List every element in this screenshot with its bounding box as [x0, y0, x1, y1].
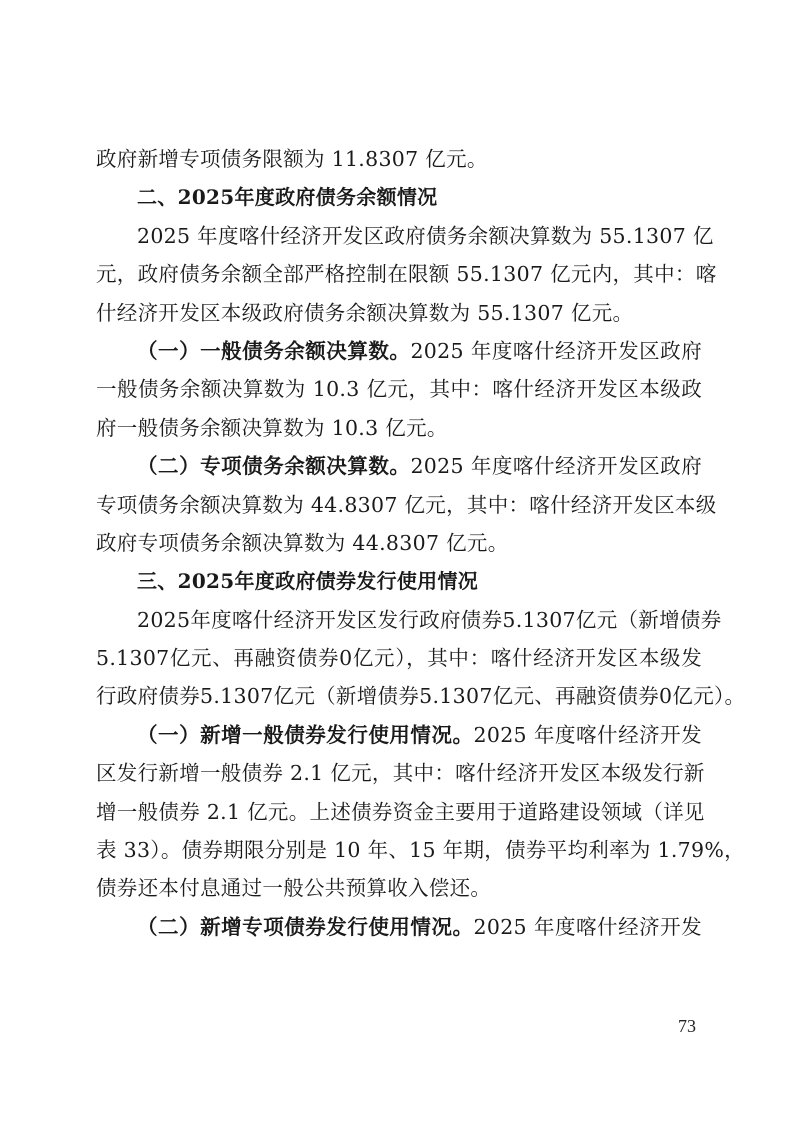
- paragraph-line: 元，政府债务余额全部严格控制在限额 55.1307 亿元内，其中：喀: [96, 255, 702, 293]
- paragraph-line: （一）一般债务余额决算数。2025 年度喀什经济开发区政府: [96, 332, 702, 370]
- subsection-heading-new-general-bonds: （一）新增一般债券发行使用情况。: [137, 723, 474, 747]
- paragraph-line: 政府新增专项债务限额为 11.8307 亿元。: [96, 140, 702, 178]
- page-number: 73: [678, 1016, 696, 1037]
- paragraph-line: 一般债务余额决算数为 10.3 亿元，其中：喀什经济开发区本级政: [96, 370, 702, 408]
- paragraph-text: 2025 年度喀什经济开发区政府: [410, 339, 702, 363]
- paragraph-text: 2025 年度喀什经济开发: [474, 915, 702, 939]
- paragraph-text: 2025 年度喀什经济开发: [474, 723, 702, 747]
- paragraph-line: 府一般债务余额决算数为 10.3 亿元。: [96, 409, 702, 447]
- section-heading-2: 二、2025年度政府债务余额情况: [96, 178, 702, 216]
- paragraph-text: 2025 年度喀什经济开发区政府: [410, 454, 702, 478]
- subsection-heading-general-debt-balance: （一）一般债务余额决算数。: [137, 339, 410, 363]
- paragraph-line: （二）专项债务余额决算数。2025 年度喀什经济开发区政府: [96, 447, 702, 485]
- paragraph-line: 区发行新增一般债券 2.1 亿元，其中：喀什经济开发区本级发行新: [96, 754, 702, 792]
- paragraph-line: 2025年度喀什经济开发区发行政府债券5.1307亿元（新增债券: [96, 601, 702, 639]
- paragraph-line: 债券还本付息通过一般公共预算收入偿还。: [96, 869, 702, 907]
- subsection-heading-new-special-bonds: （二）新增专项债券发行使用情况。: [137, 915, 474, 939]
- paragraph-line: 什经济开发区本级政府债务余额决算数为 55.1307 亿元。: [96, 294, 702, 332]
- section-heading-3: 三、2025年度政府债券发行使用情况: [96, 562, 702, 600]
- paragraph-line: 增一般债券 2.1 亿元。上述债券资金主要用于道路建设领域（详见: [96, 793, 702, 831]
- paragraph-line: （二）新增专项债券发行使用情况。2025 年度喀什经济开发: [96, 908, 702, 946]
- paragraph-line: 2025 年度喀什经济开发区政府债务余额决算数为 55.1307 亿: [96, 217, 702, 255]
- document-body: 政府新增专项债务限额为 11.8307 亿元。 二、2025年度政府债务余额情况…: [96, 140, 702, 946]
- paragraph-line: （一）新增一般债券发行使用情况。2025 年度喀什经济开发: [96, 716, 702, 754]
- paragraph-line: 行政府债券5.1307亿元（新增债券5.1307亿元、再融资债券0亿元）。: [96, 677, 702, 715]
- paragraph-line: 政府专项债务余额决算数为 44.8307 亿元。: [96, 524, 702, 562]
- subsection-heading-special-debt-balance: （二）专项债务余额决算数。: [137, 454, 410, 478]
- paragraph-line: 5.1307亿元、再融资债券0亿元），其中：喀什经济开发区本级发: [96, 639, 702, 677]
- paragraph-line: 表 33）。债券期限分别是 10 年、15 年期，债券平均利率为 1.79%，: [96, 831, 702, 869]
- paragraph-line: 专项债务余额决算数为 44.8307 亿元，其中：喀什经济开发区本级: [96, 486, 702, 524]
